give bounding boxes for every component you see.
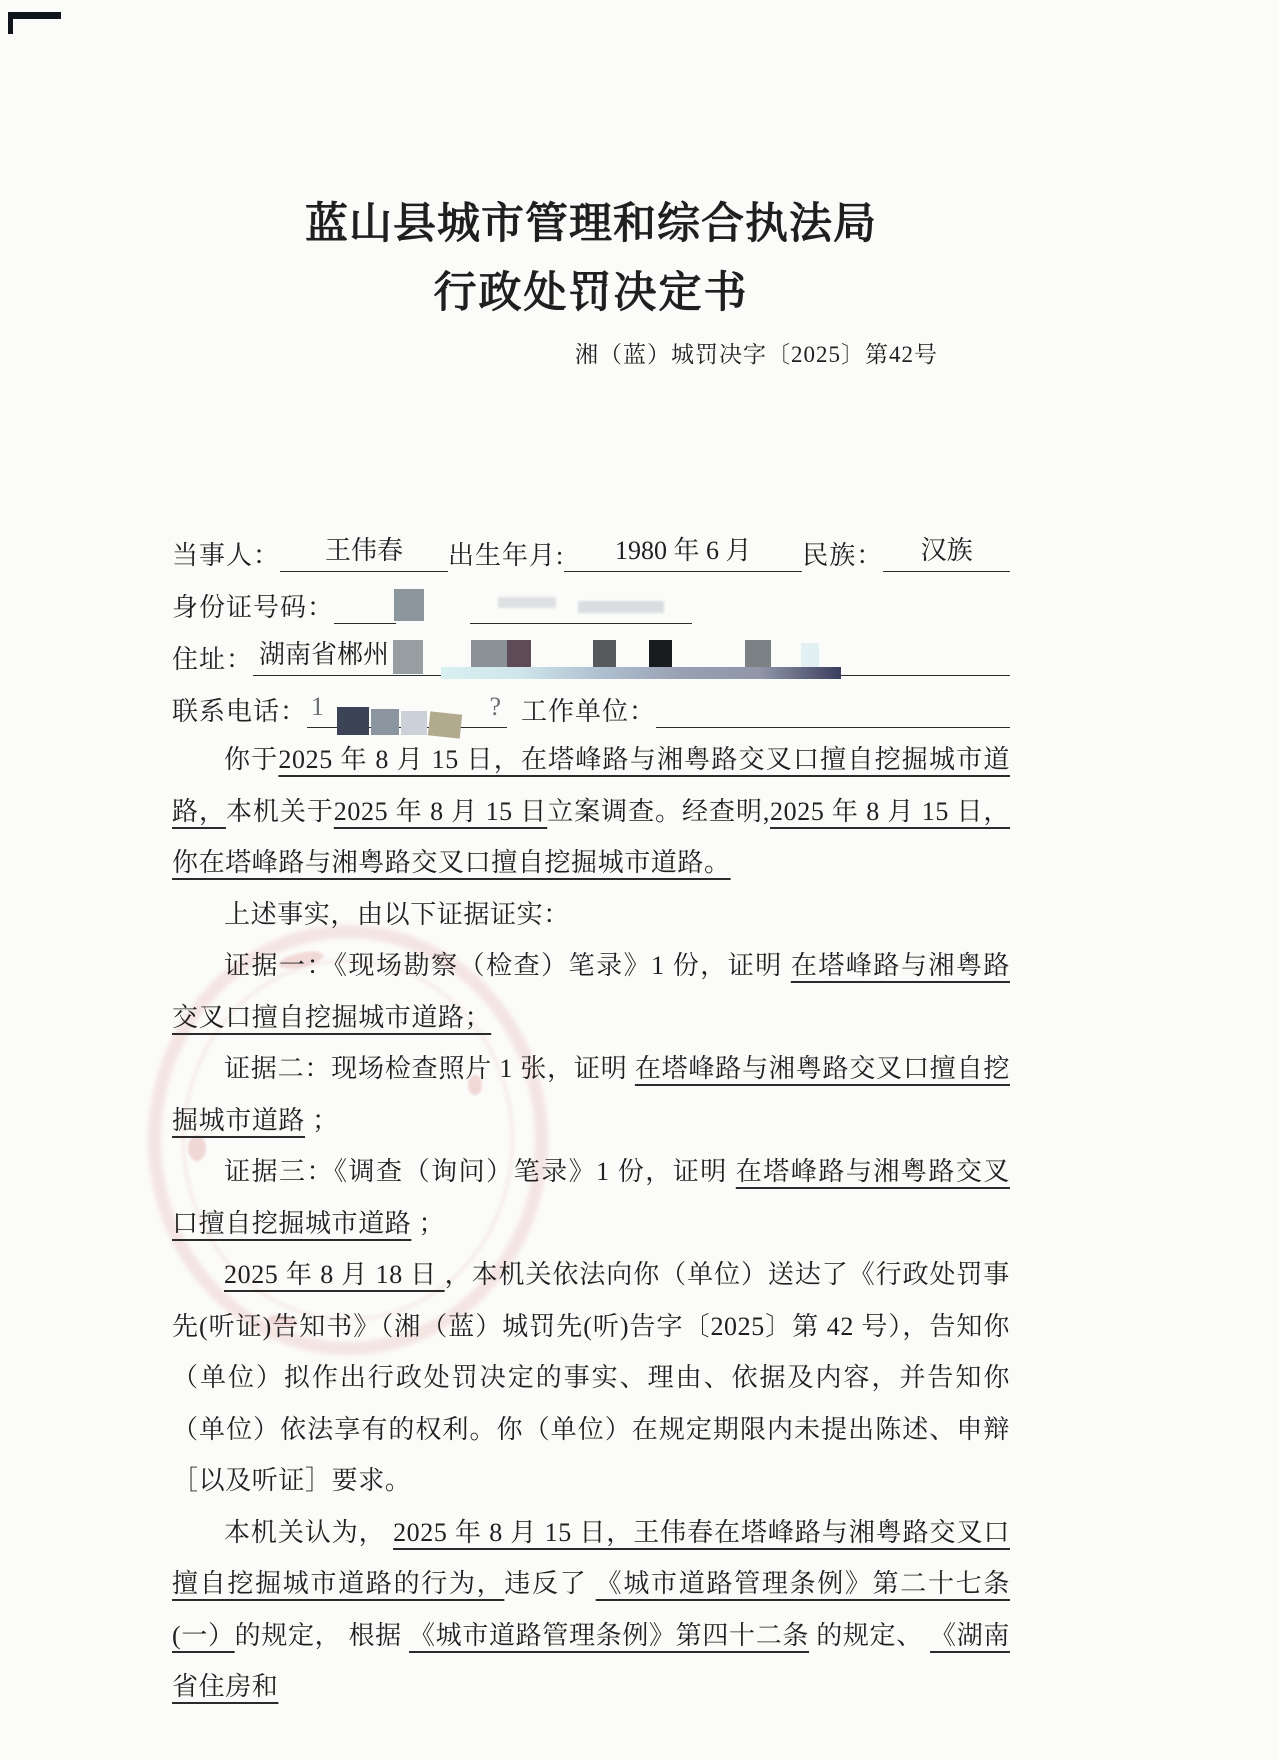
printed-text: 证据二：现场检查照片 1 张，证明: [224, 1054, 635, 1083]
redaction-block: [393, 640, 423, 674]
document-type-title: 行政处罚决定书: [172, 259, 1010, 320]
filled-in-text: 2025 年 8 月 15 日: [334, 797, 547, 826]
birth-date-value: 1980 年 6 月: [615, 536, 752, 565]
employer-label: 工作单位：: [521, 691, 656, 728]
evidence-item-1: 证据一：《现场勘察（检查）笔录》1 份，证明 在塔峰路与湘粤路交叉口擅自挖掘城市…: [172, 940, 1010, 1043]
redaction-block: [394, 589, 424, 621]
birth-date-field: 1980 年 6 月: [564, 531, 802, 572]
agency-title: 蓝山县城市管理和综合执法局: [172, 190, 1010, 251]
redaction-smudge: [498, 597, 556, 608]
filled-in-text: 2025 年 8 月 18 日: [224, 1260, 445, 1289]
phone-employer-line: 联系电话： 1 ? 工作单位：: [172, 676, 1010, 728]
finding-paragraph: 本机关认为， 2025 年 8 月 15 日，王伟春在塔峰路与湘粤路交叉口擅自挖…: [172, 1507, 1010, 1713]
printed-text: 本机关认为，: [224, 1518, 393, 1547]
party-name-field: 王伟春: [280, 531, 448, 572]
evidence-item-3: 证据三：《调查（询问）笔录》1 份，证明 在塔峰路与湘粤路交叉口擅自挖掘城市道路…: [172, 1146, 1010, 1249]
printed-text: 违反了: [504, 1569, 595, 1598]
redaction-strip: [441, 667, 841, 679]
printed-text: ；: [305, 1106, 339, 1135]
phone-remnant-char: ?: [489, 687, 501, 727]
party-name-label: 当事人：: [172, 535, 280, 572]
printed-text: 本机关于: [226, 797, 334, 826]
document-body: 当事人： 王伟春 出生年月: 1980 年 6 月 民族： 汉族 身份证号码： …: [172, 520, 1010, 1713]
document-number: 湘（蓝）城罚决字〔2025〕第42号: [172, 336, 1010, 369]
id-number-line: 身份证号码：: [172, 572, 1010, 624]
phone-remnant-char: 1: [311, 687, 324, 727]
printed-text: 立案调查。经查明,: [547, 797, 770, 826]
address-line: 住址： 湖南省郴州: [172, 624, 1010, 676]
scanned-document-page: 蓝山县城市管理和综合执法局 行政处罚决定书 湘（蓝）城罚决字〔2025〕第42号…: [0, 0, 1279, 1760]
birth-date-label: 出生年月:: [448, 535, 564, 572]
address-field: 湖南省郴州: [253, 635, 1010, 676]
redaction-block: [428, 711, 462, 738]
evidence-item-2: 证据二：现场检查照片 1 张，证明 在塔峰路与湘粤路交叉口擅自挖掘城市道路 ；: [172, 1043, 1010, 1146]
redaction-block: [401, 711, 427, 735]
phone-field: 1 ?: [307, 687, 507, 728]
printed-text: ，本机关依法向你（单位）送达了《行政处罚事先(听证)告知书》（湘（蓝）城罚先(听…: [172, 1260, 1010, 1495]
prior-notice-paragraph: 2025 年 8 月 18 日 ，本机关依法向你（单位）送达了《行政处罚事先(听…: [172, 1249, 1010, 1507]
id-number-field-right: [470, 583, 692, 624]
phone-label: 联系电话：: [172, 691, 307, 728]
ethnicity-value: 汉族: [921, 536, 973, 565]
printed-text: 证据三：《调查（询问）笔录》1 份，证明: [224, 1157, 736, 1186]
redaction-block: [371, 709, 399, 735]
ethnicity-label: 民族：: [802, 535, 883, 572]
employer-field-blank: [656, 687, 1010, 728]
facts-paragraph: 你于2025 年 8 月 15 日，在塔峰路与湘粤路交叉口擅自挖掘城市道路，本机…: [172, 734, 1010, 889]
party-name-line: 当事人： 王伟春 出生年月: 1980 年 6 月 民族： 汉族: [172, 520, 1010, 572]
evidence-intro: 上述事实，由以下证据证实：: [172, 889, 1010, 941]
printed-text: 的规定、: [809, 1621, 930, 1650]
printed-text: 证据一：《现场勘察（检查）笔录》1 份，证明: [224, 951, 791, 980]
address-label: 住址：: [172, 639, 253, 676]
id-number-label: 身份证号码：: [172, 587, 334, 624]
address-value: 湖南省郴州: [259, 635, 389, 675]
document-header: 蓝山县城市管理和综合执法局 行政处罚决定书 湘（蓝）城罚决字〔2025〕第42号: [172, 190, 1010, 369]
printed-text: ；: [411, 1209, 445, 1238]
redaction-smudge: [578, 601, 664, 613]
party-name-value: 王伟春: [325, 536, 403, 565]
id-number-field-left: [334, 583, 396, 624]
scan-corner-artifact: [8, 12, 61, 34]
redaction-block: [337, 707, 369, 735]
printed-text: 的规定， 根据: [235, 1621, 409, 1650]
filled-in-text: 《城市道路管理条例》第四十二条: [409, 1621, 809, 1650]
printed-text: 你于: [224, 745, 278, 774]
ethnicity-field: 汉族: [883, 531, 1010, 572]
